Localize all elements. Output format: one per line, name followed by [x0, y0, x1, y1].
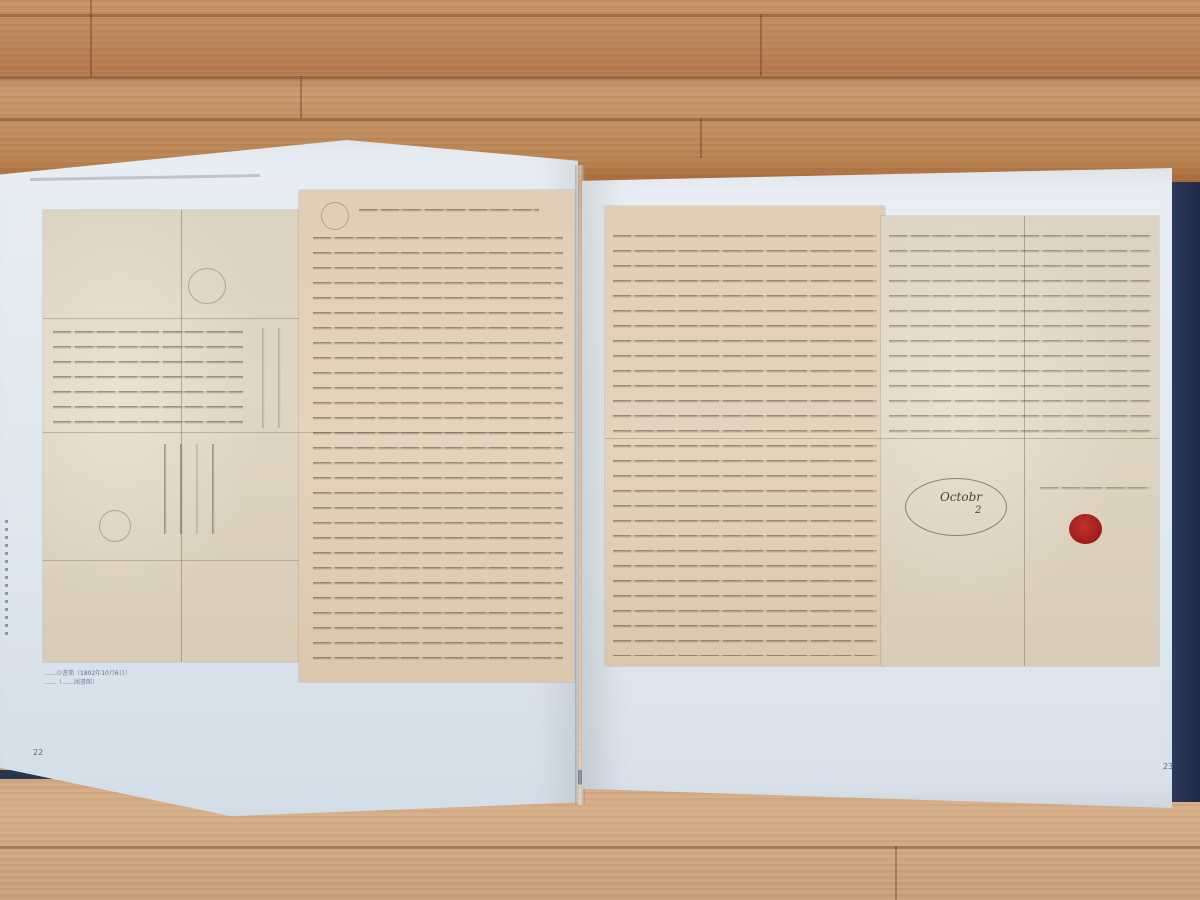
- library-stamp-icon: [188, 268, 226, 304]
- red-wax-seal-icon: [1069, 514, 1102, 544]
- handwritten-salutation: [359, 200, 539, 218]
- library-stamp-icon: [321, 202, 349, 230]
- handwritten-text-block: [613, 226, 877, 656]
- handwritten-date-note: Octobr: [940, 490, 982, 504]
- handwritten-text-block: [53, 322, 243, 428]
- caption-line-2: ……（……図書館）: [44, 678, 131, 687]
- margin-vertical-text: [5, 520, 8, 640]
- wood-plank-seam: [0, 846, 1200, 849]
- handwritten-text-block: [889, 226, 1151, 436]
- letter-facsimile-left-outer: [43, 210, 299, 662]
- wood-plank-seam: [90, 0, 92, 76]
- handwritten-date-number: 2: [975, 505, 981, 516]
- letter-facsimile-right-text: [605, 206, 885, 666]
- wood-plank-seam: [0, 14, 1200, 17]
- letter-facsimile-left-text: [299, 190, 574, 682]
- letter-facsimile-right-address: [881, 216, 1159, 666]
- handwritten-text-vertical: [253, 328, 291, 428]
- page-number-right: 23: [1163, 762, 1173, 771]
- handwritten-address: [155, 444, 217, 534]
- address-oval-annotation: [905, 478, 1007, 536]
- handwritten-address: [1040, 478, 1150, 492]
- wood-plank-seam: [0, 118, 1200, 121]
- wood-plank-seam: [760, 14, 762, 76]
- page-number-left: 22: [33, 748, 43, 757]
- wood-plank-seam: [895, 846, 897, 900]
- book-cover-edge: [1170, 182, 1200, 802]
- wood-plank-seam: [300, 76, 302, 118]
- wood-plank-seam: [700, 118, 702, 158]
- caption-line-1: ……の書簡（1802年10月6日）: [44, 669, 131, 678]
- figure-caption: ……の書簡（1802年10月6日） ……（……図書館）: [44, 669, 131, 687]
- wood-plank-seam: [0, 76, 1200, 79]
- library-stamp-icon: [99, 510, 131, 542]
- handwritten-text-block: [313, 228, 563, 668]
